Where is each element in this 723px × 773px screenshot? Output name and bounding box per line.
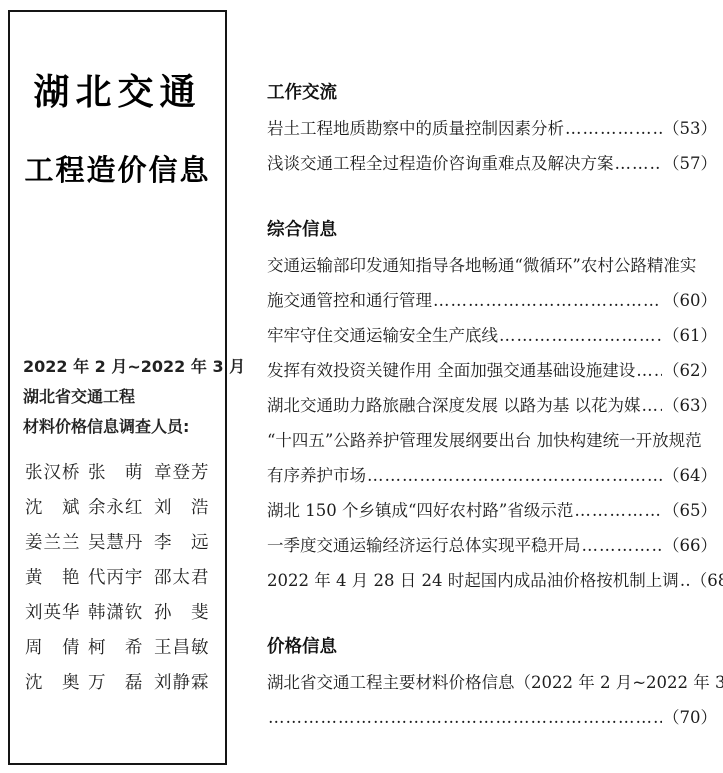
staff-name: 韩潇钦 [88, 596, 154, 631]
dot-leader [433, 283, 662, 318]
dot-leader [642, 388, 663, 423]
toc-page-number: （65） [663, 493, 717, 528]
staff-list: 张汉桥张 萌章登芳沈 斌余永红刘 浩姜兰兰吴慧丹李 远黄 艳代丙宇邵太君刘英华韩… [25, 456, 217, 701]
staff-name: 万 磊 [88, 666, 154, 701]
org-name: 湖北省交通工程 [23, 382, 221, 412]
dot-leader [565, 111, 662, 146]
cover-sidebar: 湖北交通 工程造价信息 2022 年 2 月~2022 年 3 月 湖北省交通工… [8, 10, 227, 765]
staff-name: 余永红 [88, 491, 154, 526]
staff-name: 张汉桥 [25, 456, 88, 491]
dot-leader [367, 458, 662, 493]
dot-leader [268, 700, 662, 735]
toc-entry-text: “十四五”公路养护管理发展纲要出台 加快构建统一开放规范 [267, 423, 702, 458]
toc-page-number: （64） [663, 458, 717, 493]
journal-title-line2: 工程造价信息 [10, 148, 225, 189]
toc-page-number: （70） [663, 700, 717, 735]
toc-entry-line: 岩土工程地质勘察中的质量控制因素分析（53） [267, 111, 717, 146]
staff-name: 周 倩 [25, 631, 88, 666]
toc-page-number: （68） [691, 563, 723, 598]
staff-name: 孙 斐 [154, 596, 217, 631]
dot-leader [574, 493, 662, 528]
toc-entry-text: 牢牢守住交通运输安全生产底线 [267, 318, 498, 353]
toc-page: 湖北交通 工程造价信息 2022 年 2 月~2022 年 3 月 湖北省交通工… [0, 0, 723, 773]
staff-name: 王昌敏 [154, 631, 217, 666]
toc-entry-line: 湖北 150 个乡镇成“四好农村路”省级示范（65） [267, 493, 717, 528]
staff-name: 章登芳 [154, 456, 217, 491]
toc-entry-line: 湖北省交通工程主要材料价格信息（2022 年 2 月~2022 年 3 月） [267, 665, 717, 700]
toc-entry-line: 一季度交通运输经济运行总体实现平稳开局（66） [267, 528, 717, 563]
staff-label: 材料价格信息调查人员: [23, 412, 221, 442]
toc-entry-line: （70） [267, 700, 717, 735]
staff-name: 黄 艳 [25, 561, 88, 596]
toc-entry-line: 湖北交通助力路旅融合深度发展 以路为基 以花为媒（63） [267, 388, 717, 423]
toc-section: 综合信息交通运输部印发通知指导各地畅通“微循环”农村公路精准实施交通管控和通行管… [267, 213, 717, 598]
toc-page-number: （60） [663, 283, 717, 318]
toc-entry-text: 湖北 150 个乡镇成“四好农村路”省级示范 [267, 493, 573, 528]
toc-section-heading: 价格信息 [267, 630, 717, 665]
toc-entry-line: 牢牢守住交通运输安全生产底线（61） [267, 318, 717, 353]
toc-entry-text: 岩土工程地质勘察中的质量控制因素分析 [267, 111, 564, 146]
toc-entry-text: 发挥有效投资关键作用 全面加强交通基础设施建设 [267, 353, 635, 388]
dot-leader [615, 146, 663, 181]
toc-entry-text: 湖北省交通工程主要材料价格信息（2022 年 2 月~2022 年 3 月） [267, 665, 723, 700]
staff-name: 李 远 [154, 526, 217, 561]
toc-entry-line: 浅谈交通工程全过程造价咨询重难点及解决方案（57） [267, 146, 717, 181]
toc-entry-line: 交通运输部印发通知指导各地畅通“微循环”农村公路精准实 [267, 248, 717, 283]
table-of-contents: 工作交流岩土工程地质勘察中的质量控制因素分析（53）浅谈交通工程全过程造价咨询重… [267, 76, 717, 735]
staff-name: 姜兰兰 [25, 526, 88, 561]
toc-entry-text: 交通运输部印发通知指导各地畅通“微循环”农村公路精准实 [267, 248, 696, 283]
staff-name: 张 萌 [88, 456, 154, 491]
staff-name: 刘 浩 [154, 491, 217, 526]
toc-page-number: （62） [663, 353, 717, 388]
journal-title-line1: 湖北交通 [10, 64, 225, 115]
toc-entry-text: 一季度交通运输经济运行总体实现平稳开局 [267, 528, 581, 563]
staff-name: 沈 斌 [25, 491, 88, 526]
toc-page-number: （53） [663, 111, 717, 146]
dot-leader [499, 318, 662, 353]
toc-entry-text: 有序养护市场 [267, 458, 366, 493]
toc-entry-line: 2022 年 4 月 28 日 24 时起国内成品油价格按机制上调 （68） [267, 563, 717, 598]
toc-entry-line: 有序养护市场（64） [267, 458, 717, 493]
toc-section: 价格信息湖北省交通工程主要材料价格信息（2022 年 2 月~2022 年 3 … [267, 630, 717, 735]
toc-entry-line: 施交通管控和通行管理（60） [267, 283, 717, 318]
toc-section-heading: 工作交流 [267, 76, 717, 111]
toc-page-number: （57） [663, 146, 717, 181]
dot-leader [582, 528, 663, 563]
staff-name: 刘英华 [25, 596, 88, 631]
staff-name: 邵太君 [154, 561, 217, 596]
staff-name: 沈 奥 [25, 666, 88, 701]
staff-name: 刘静霖 [154, 666, 217, 701]
toc-entry-text: 2022 年 4 月 28 日 24 时起国内成品油价格按机制上调 [267, 563, 679, 598]
dot-leader [636, 353, 662, 388]
staff-name: 吴慧丹 [88, 526, 154, 561]
dot-leader [680, 563, 690, 598]
toc-entry-line: 发挥有效投资关键作用 全面加强交通基础设施建设（62） [267, 353, 717, 388]
staff-name: 代丙宇 [88, 561, 154, 596]
survey-info-block: 2022 年 2 月~2022 年 3 月 湖北省交通工程 材料价格信息调查人员… [23, 352, 221, 442]
survey-period: 2022 年 2 月~2022 年 3 月 [23, 352, 221, 382]
toc-entry-text: 浅谈交通工程全过程造价咨询重难点及解决方案 [267, 146, 614, 181]
toc-page-number: （61） [663, 318, 717, 353]
toc-page-number: （66） [663, 528, 717, 563]
toc-section: 工作交流岩土工程地质勘察中的质量控制因素分析（53）浅谈交通工程全过程造价咨询重… [267, 76, 717, 181]
toc-entry-text: 施交通管控和通行管理 [267, 283, 432, 318]
toc-entry-text: 湖北交通助力路旅融合深度发展 以路为基 以花为媒 [267, 388, 641, 423]
toc-page-number: （63） [663, 388, 717, 423]
toc-section-heading: 综合信息 [267, 213, 717, 248]
toc-entry-line: “十四五”公路养护管理发展纲要出台 加快构建统一开放规范 [267, 423, 717, 458]
staff-name: 柯 希 [88, 631, 154, 666]
